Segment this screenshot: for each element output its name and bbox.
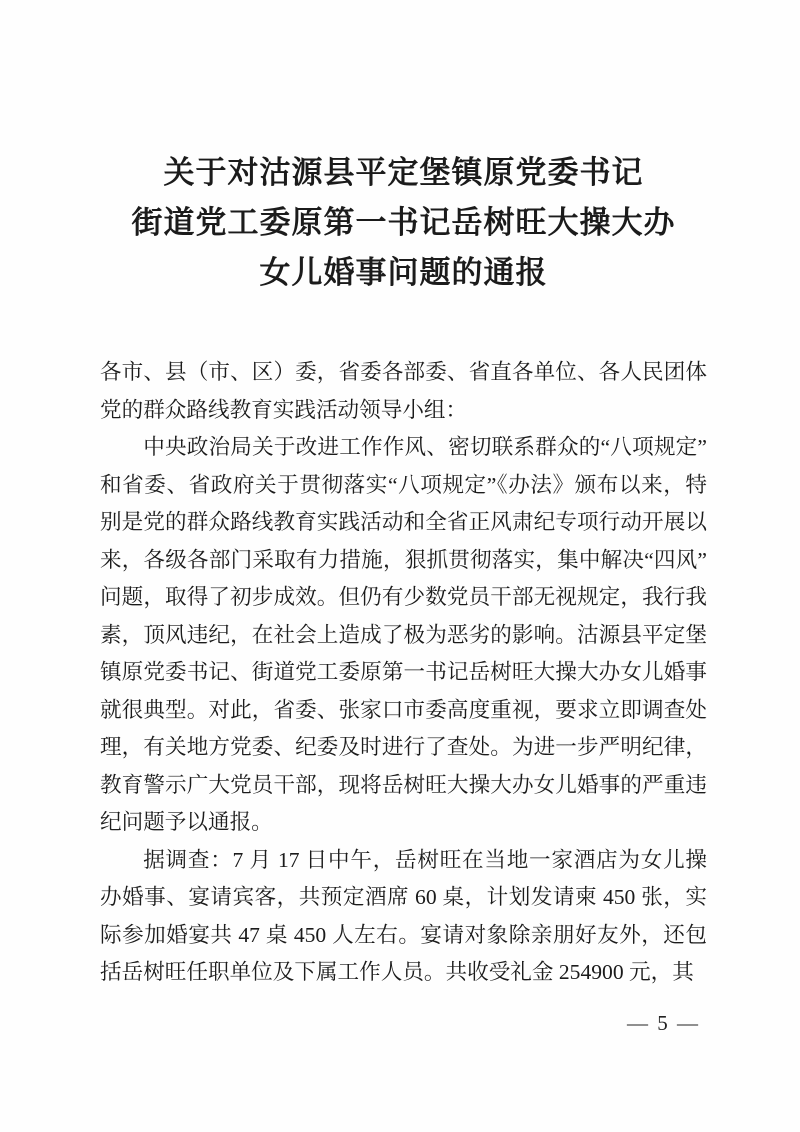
page-number: — 5 — <box>627 1008 700 1038</box>
document-body: 各市、县（市、区）委，省委各部委、省直各单位、各人民团体党的群众路线教育实践活动… <box>100 354 707 992</box>
document-page: 关于对沽源县平定堡镇原党委书记 街道党工委原第一书记岳树旺大操大办 女儿婚事问题… <box>0 0 800 1132</box>
document-content: 关于对沽源县平定堡镇原党委书记 街道党工委原第一书记岳树旺大操大办 女儿婚事问题… <box>100 0 707 992</box>
document-title: 关于对沽源县平定堡镇原党委书记 街道党工委原第一书记岳树旺大操大办 女儿婚事问题… <box>100 148 707 298</box>
body-paragraph-2: 据调查：7 月 17 日中午，岳树旺在当地一家酒店为女儿操办婚事、宴请宾客，共预… <box>100 842 707 992</box>
document-title-line-1: 关于对沽源县平定堡镇原党委书记 <box>100 148 707 198</box>
document-title-line-3: 女儿婚事问题的通报 <box>100 248 707 298</box>
body-paragraph-1: 中央政治局关于改进工作作风、密切联系群众的“八项规定”和省委、省政府关于贯彻落实… <box>100 429 707 842</box>
document-title-line-2: 街道党工委原第一书记岳树旺大操大办 <box>100 198 707 248</box>
salutation-paragraph: 各市、县（市、区）委，省委各部委、省直各单位、各人民团体党的群众路线教育实践活动… <box>100 354 707 429</box>
